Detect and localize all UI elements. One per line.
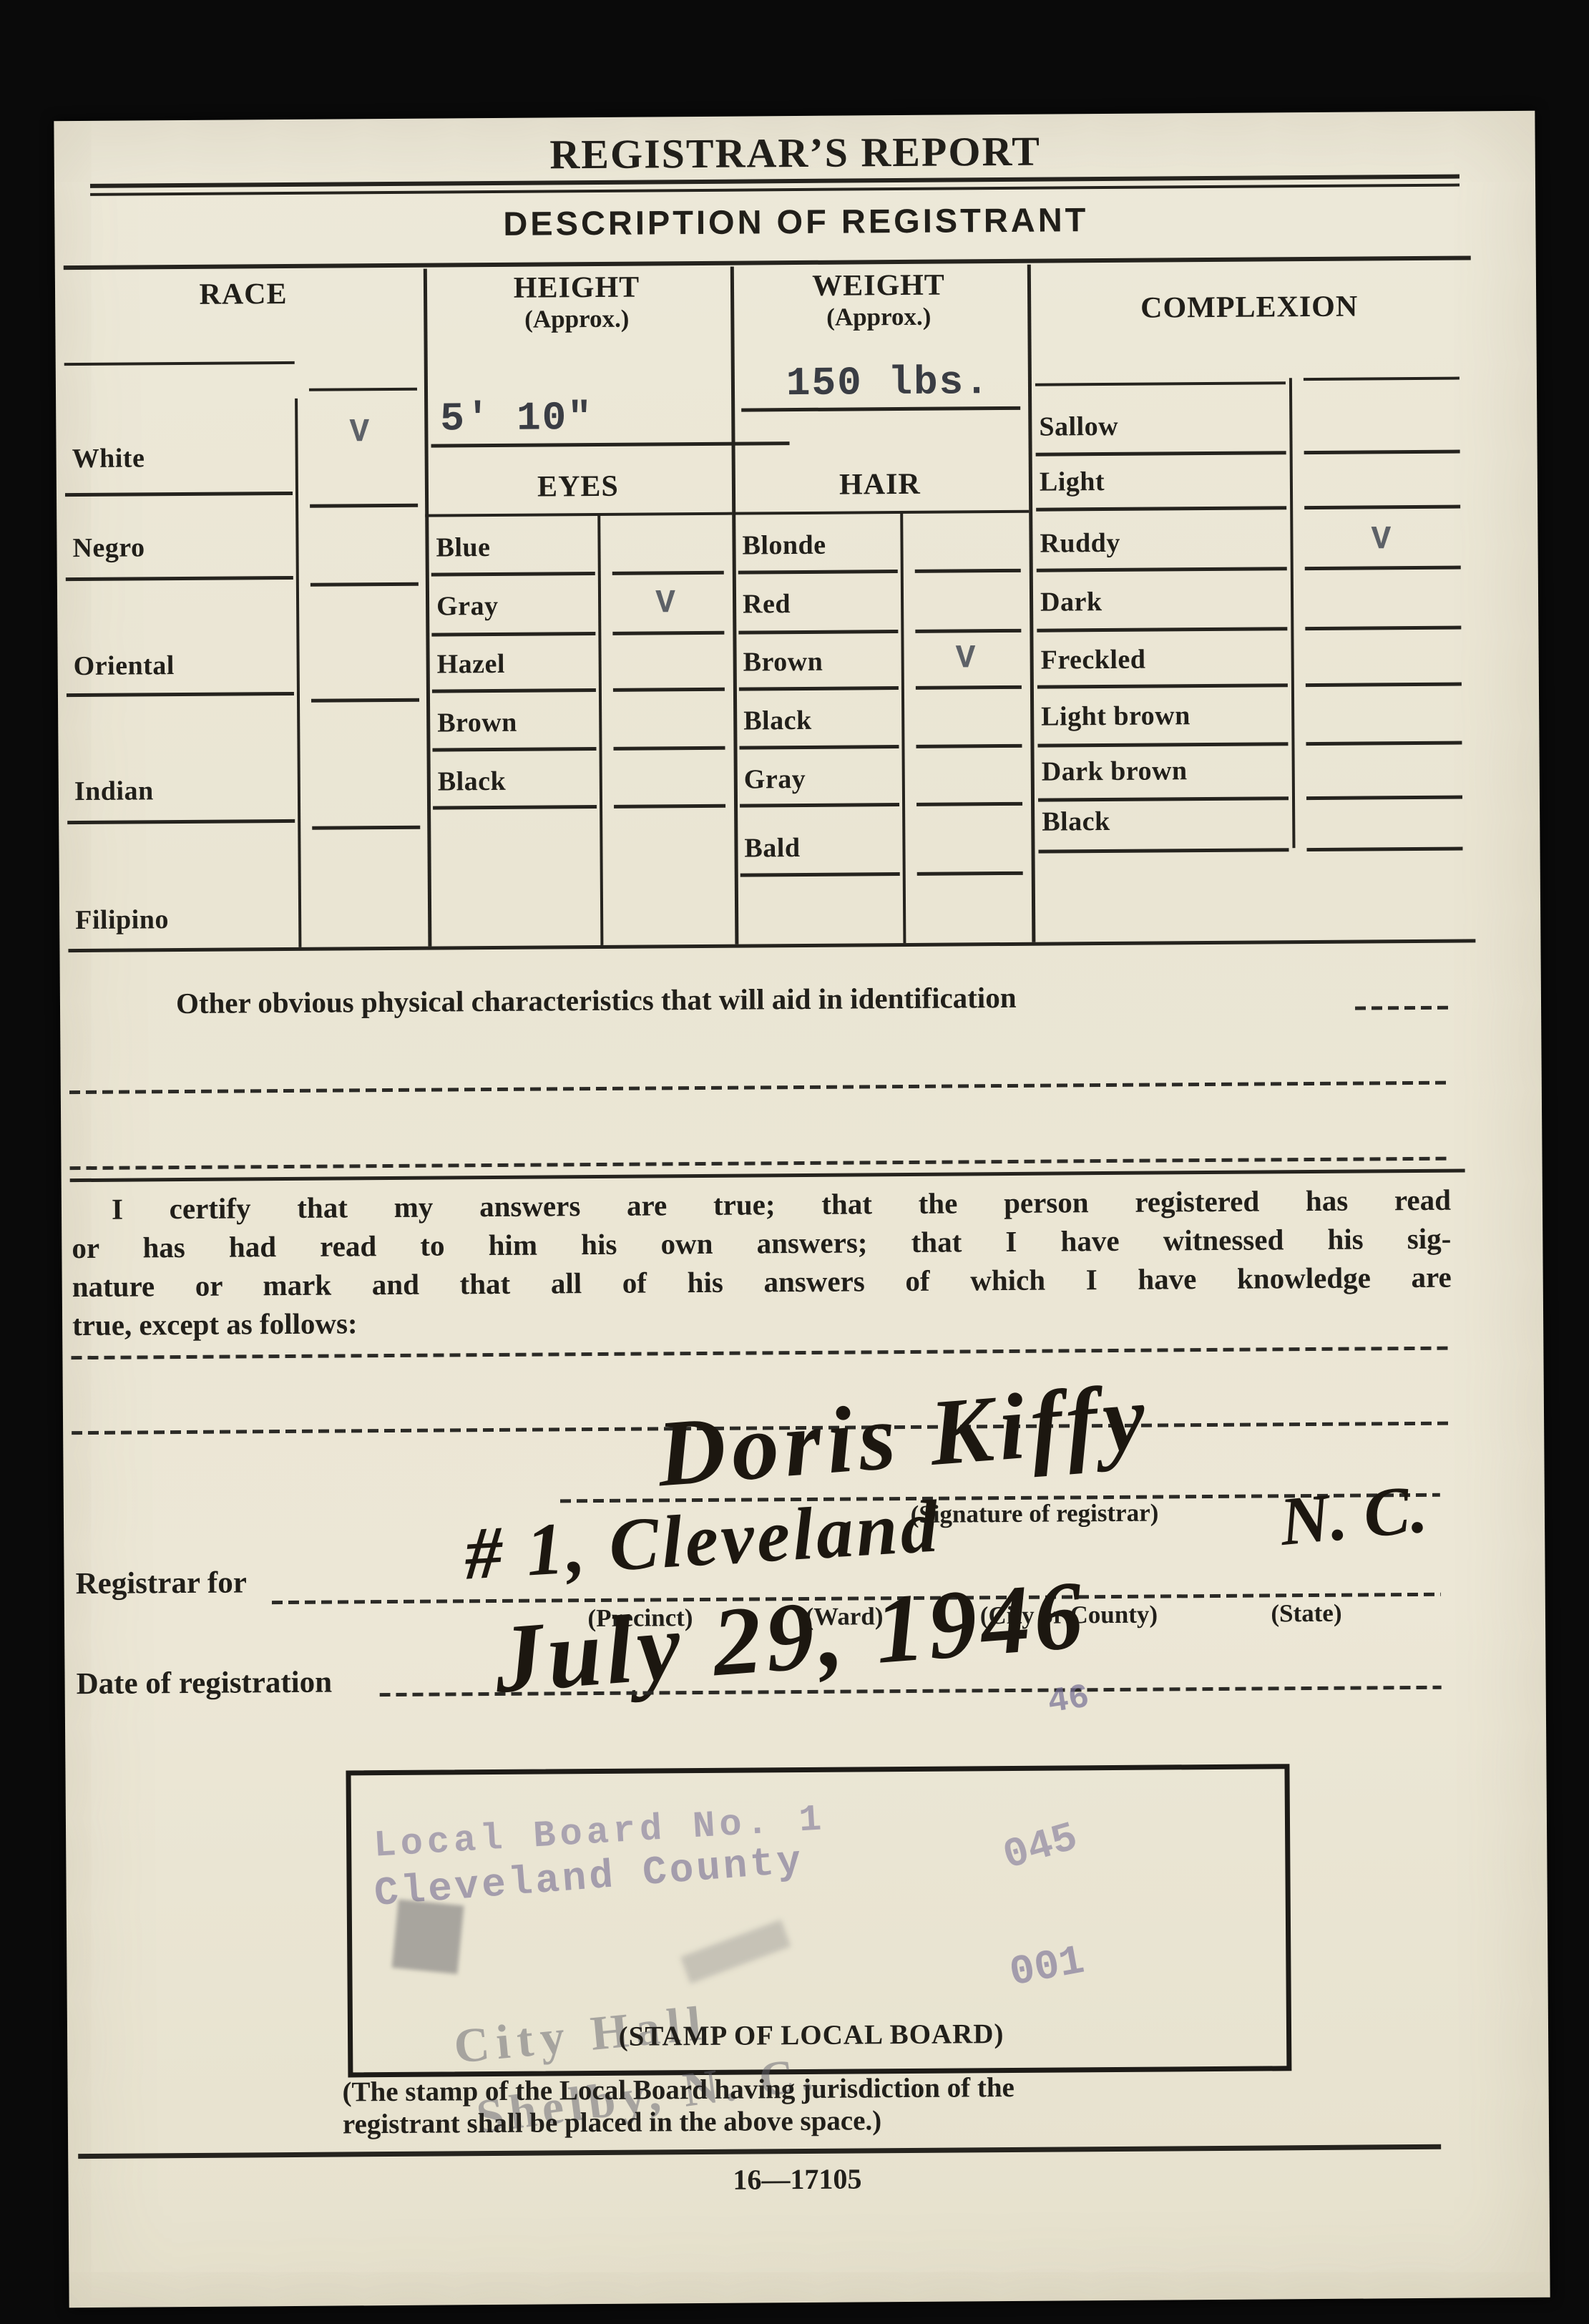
hair-option-gray: Gray (744, 763, 806, 796)
complexion-check-line (1305, 566, 1461, 571)
height-value: 5' 10" (440, 395, 593, 441)
race-header: RACE (199, 277, 287, 312)
complexion-check-line (1306, 683, 1462, 688)
race-white-checkmark: V (349, 414, 369, 451)
complexion-check-line (1304, 505, 1460, 510)
complexion-check-line (1305, 626, 1461, 631)
eyes-gray-checkmark: V (655, 585, 675, 622)
hair-check-line (916, 744, 1022, 748)
complexion-line (1038, 796, 1289, 801)
hair-check-divider (900, 511, 906, 943)
complexion-ruddy-checkmark: V (1372, 521, 1392, 558)
eyes-line (431, 572, 595, 577)
eyes-check-line (612, 631, 724, 635)
complexion-check-divider (1289, 378, 1296, 848)
eyes-option-gray: Gray (436, 590, 499, 622)
complexion-option-ruddy: Ruddy (1040, 527, 1120, 560)
registrar-for-label: Registrar for (75, 1565, 247, 1601)
other-characteristics-dashes (1355, 1006, 1448, 1010)
weight-value: 150 lbs. (786, 359, 990, 406)
race-line (66, 576, 293, 581)
hair-line (740, 803, 899, 808)
ink-smudge (392, 1899, 464, 1974)
complexion-option-freckled: Freckled (1040, 644, 1145, 676)
complexion-line (1037, 683, 1288, 688)
complexion-check-line (1306, 847, 1462, 852)
complexion-label-top-line (1035, 381, 1286, 386)
eyes-check-line (613, 746, 725, 751)
eyes-option-black: Black (438, 766, 507, 798)
fill-line (70, 1157, 1449, 1170)
hair-check-line (916, 685, 1022, 690)
race-check-line (312, 826, 420, 830)
eyes-line (433, 805, 597, 810)
height-right-border (730, 267, 739, 944)
complexion-check-line (1306, 796, 1462, 801)
complexion-option-light: Light (1040, 466, 1105, 498)
race-option-negro: Negro (72, 532, 145, 564)
signature-caption: (Signature of registrar) (911, 1499, 1159, 1529)
race-option-indian: Indian (74, 775, 154, 807)
eyes-option-blue: Blue (436, 532, 490, 564)
race-header-underline (64, 361, 295, 366)
section-title: DESCRIPTION OF REGISTRANT (503, 200, 1088, 243)
registration-card: REGISTRAR’S REPORT DESCRIPTION OF REGIST… (54, 111, 1550, 2308)
hair-option-bald: Bald (744, 832, 800, 864)
hair-brown-checkmark: V (956, 640, 976, 677)
height-header: HEIGHT (514, 270, 640, 306)
eyes-line (432, 688, 596, 693)
race-check-top-line (309, 388, 417, 391)
eyes-line (432, 747, 596, 752)
other-characteristics-label: Other obvious physical characteristics t… (176, 980, 1017, 1020)
hair-header-underline (732, 510, 1029, 515)
complexion-check-top-line (1304, 377, 1460, 381)
hair-option-brown: Brown (743, 646, 823, 678)
race-option-filipino: Filipino (75, 904, 169, 936)
complexion-line (1036, 451, 1286, 456)
hair-line (740, 872, 900, 877)
weight-approx-label: (Approx.) (826, 303, 931, 332)
stamp-box-caption: (STAMP OF LOCAL BOARD) (619, 2018, 1004, 2053)
stamp-number-46: 46 (1045, 1678, 1092, 1722)
fill-line (71, 1347, 1450, 1359)
race-line (65, 492, 293, 497)
table-top-rule (64, 255, 1471, 270)
race-right-border (424, 269, 432, 947)
complexion-option-light-brown: Light brown (1041, 700, 1190, 732)
eyes-line (431, 632, 595, 637)
race-check-line (310, 504, 418, 508)
fill-line (69, 1081, 1449, 1094)
hair-header: HAIR (839, 467, 921, 502)
complexion-line (1036, 506, 1286, 511)
page-title: REGISTRAR’S REPORT (549, 127, 1041, 179)
complexion-check-line (1304, 450, 1460, 455)
footer-rule (78, 2144, 1441, 2159)
weight-header: WEIGHT (812, 268, 945, 303)
complexion-check-line (1306, 741, 1462, 746)
complexion-option-dark: Dark (1040, 586, 1102, 618)
complexion-line (1039, 848, 1289, 853)
registrar-for-state-handwriting: N. C. (1276, 1468, 1430, 1561)
certification-paragraph: I certify that my answers are true; that… (72, 1181, 1452, 1344)
stamp-note-line2: registrant shall be placed in the above … (343, 2104, 882, 2140)
hair-option-black: Black (743, 705, 812, 737)
hair-line (738, 570, 898, 575)
height-approx-label: (Approx.) (524, 305, 629, 334)
hair-check-line (917, 871, 1023, 876)
eyes-check-line (612, 571, 724, 575)
scanned-registrar-report: REGISTRAR’S REPORT DESCRIPTION OF REGIST… (0, 0, 1589, 2324)
race-line (67, 692, 294, 697)
complexion-option-black: Black (1042, 806, 1110, 838)
race-check-line (311, 582, 419, 587)
complexion-line (1037, 567, 1287, 572)
race-check-divider (295, 399, 301, 947)
eyes-header: EYES (537, 469, 619, 504)
race-option-oriental: Oriental (74, 650, 175, 682)
eyes-check-line (613, 688, 725, 692)
section-rule (70, 1169, 1465, 1183)
weight-right-border (1027, 265, 1036, 942)
eyes-check-divider (597, 513, 603, 945)
hair-check-line (915, 629, 1021, 633)
form-number: 16—17105 (733, 2162, 861, 2196)
hair-line (739, 686, 899, 691)
hair-line (739, 745, 899, 750)
eyes-option-brown: Brown (437, 707, 517, 739)
eyes-option-hazel: Hazel (437, 648, 506, 680)
eyes-check-line (614, 804, 725, 809)
race-check-line (311, 698, 419, 703)
weight-value-underline (741, 406, 1020, 412)
height-value-underline (431, 441, 790, 447)
complexion-option-sallow: Sallow (1039, 411, 1118, 443)
complexion-header: COMPLEXION (1140, 290, 1358, 326)
complexion-line (1037, 627, 1287, 632)
complexion-line (1037, 742, 1288, 747)
race-option-white: White (72, 442, 145, 474)
eyes-header-underline (425, 512, 732, 517)
race-line (67, 819, 295, 824)
date-of-registration-label: Date of registration (76, 1665, 332, 1701)
complexion-option-dark-brown: Dark brown (1042, 755, 1188, 787)
hair-check-line (916, 802, 1022, 806)
table-bottom-rule (68, 939, 1475, 952)
stamp-note-line1: (The stamp of the Local Board having jur… (342, 2071, 1014, 2109)
hair-check-line (915, 569, 1021, 573)
hair-option-red: Red (743, 588, 791, 620)
hair-option-blonde: Blonde (742, 529, 826, 562)
state-caption: (State) (1271, 1599, 1341, 1629)
hair-line (738, 630, 898, 635)
